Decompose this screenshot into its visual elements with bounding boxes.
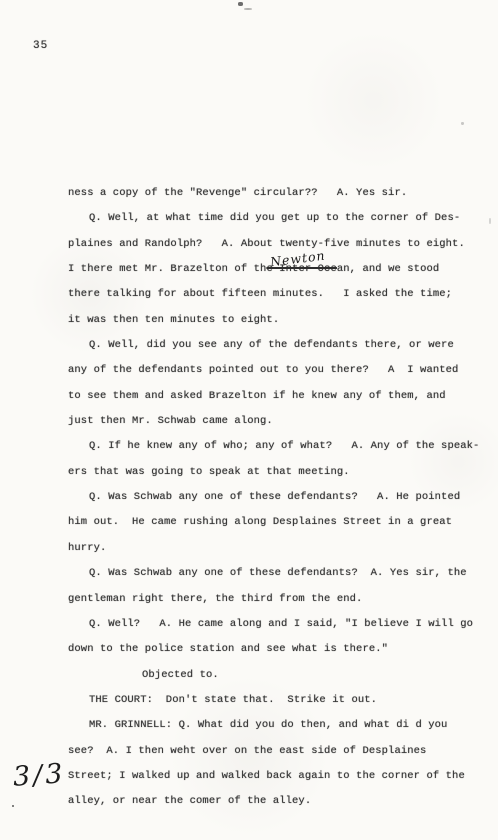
transcript-line: gentleman right there, the third from th… bbox=[68, 587, 480, 612]
transcript-line: Q. Was Schwab any one of these defendant… bbox=[68, 561, 480, 586]
transcript-line: Q. Was Schwab any one of these defendant… bbox=[68, 485, 480, 510]
transcript-line: ers that was going to speak at that meet… bbox=[68, 460, 480, 485]
transcript-line: him out. He came rushing along Desplaine… bbox=[68, 510, 480, 535]
page-number: 35 bbox=[33, 40, 48, 52]
ink-dot bbox=[12, 805, 14, 807]
handwritten-margin-number: 3/3 bbox=[12, 758, 66, 793]
ink-smudge bbox=[244, 8, 252, 10]
transcript-line: THE COURT: Don't state that. Strike it o… bbox=[68, 688, 480, 713]
transcript-line: MR. GRINNELL: Q. What did you do then, a… bbox=[68, 713, 480, 738]
transcript-line: Street; I walked up and walked back agai… bbox=[68, 764, 480, 789]
transcript-line: ness a copy of the "Revenge" circular?? … bbox=[68, 181, 480, 206]
transcript-line: down to the police station and see what … bbox=[68, 637, 480, 662]
transcript-line: it was then ten minutes to eight. bbox=[68, 308, 480, 333]
scan-speck bbox=[461, 122, 464, 125]
transcript-line: I there met Mr. Brazelton of the Inter O… bbox=[68, 257, 480, 282]
transcript-line: any of the defendants pointed out to you… bbox=[68, 358, 480, 383]
transcript-line: see? A. I then weht over on the east sid… bbox=[68, 739, 480, 764]
transcript-body: ness a copy of the "Revenge" circular?? … bbox=[68, 181, 480, 815]
transcript-line: Q. Well, at what time did you get up to … bbox=[68, 206, 480, 231]
transcript-line: alley, or near the comer of the alley. bbox=[68, 789, 480, 814]
strikethrough-text: e Inter OceNewton bbox=[266, 263, 336, 275]
scanned-transcript-page: { "colors": { "paper": "#fbfaf7", "ink":… bbox=[0, 0, 498, 840]
transcript-line: just then Mr. Schwab came along. bbox=[68, 409, 480, 434]
transcript-line: Objected to. bbox=[68, 663, 480, 688]
transcript-line: Q. If he knew any of who; any of what? A… bbox=[68, 434, 480, 459]
transcript-line: Q. Well, did you see any of the defendan… bbox=[68, 333, 480, 358]
transcript-line: to see them and asked Brazelton if he kn… bbox=[68, 384, 480, 409]
transcript-line: hurry. bbox=[68, 536, 480, 561]
handwritten-correction: Newton bbox=[270, 250, 327, 269]
transcript-line: Q. Well? A. He came along and I said, "I… bbox=[68, 612, 480, 637]
transcript-line: there talking for about fifteen minutes.… bbox=[68, 282, 480, 307]
transcript-text: an, and we stood bbox=[337, 263, 439, 275]
ink-smudge bbox=[238, 2, 243, 6]
scan-speck bbox=[489, 218, 491, 224]
transcript-text: I there met Mr. Brazelton of th bbox=[68, 263, 266, 275]
